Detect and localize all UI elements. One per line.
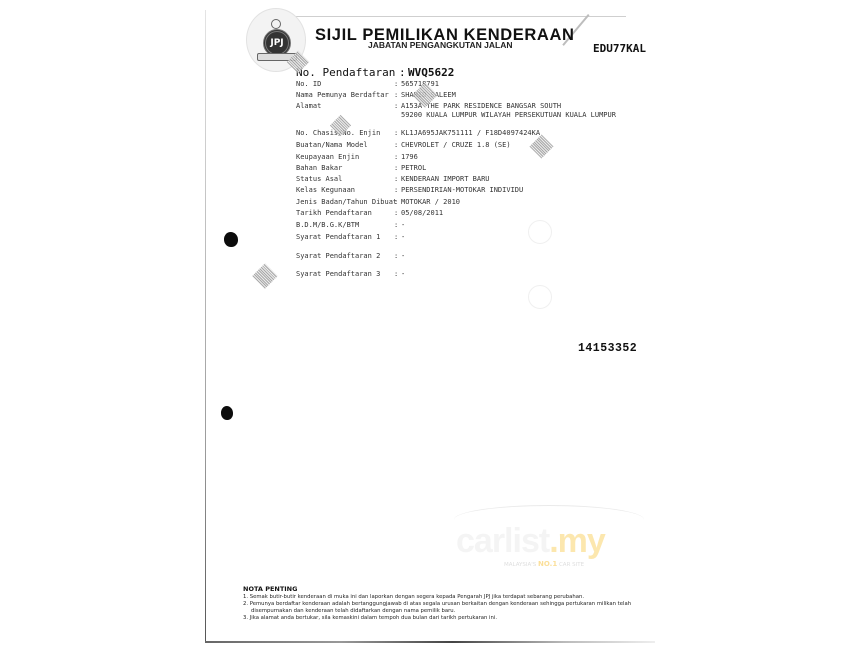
field-label: Tarikh Pendaftaran [296,209,372,217]
field-label: Syarat Pendaftaran 3 [296,270,380,278]
field-label: Status Asal [296,175,342,183]
field-value: - [401,233,405,241]
faint-seal [528,285,552,309]
page-edge [205,10,206,642]
note-item: disempurnakan dan kenderaan telah didaft… [243,608,643,615]
field-value: - [401,252,405,260]
field-value: - [401,270,405,278]
document-subtitle: JABATAN PENGANGKUTAN JALAN [368,40,513,50]
field-label: No. ID [296,80,321,88]
field-value: CHEVROLET / CRUZE 1.8 (SE) [401,141,511,149]
note-item: 3. Jika alamat anda bertukar, sila kemas… [243,615,643,622]
ink-blot [224,232,238,247]
certificate-number: 14153352 [578,342,637,355]
important-notes: NOTA PENTING 1. Semak butir-butir kender… [243,585,643,622]
field-value: 05/08/2011 [401,209,443,217]
field-label: Buatan/Nama Model [296,141,368,149]
field-label: Nama Pemunya Berdaftar [296,91,389,99]
note-item: 2. Pemunya berdaftar kenderaan adalah be… [243,601,643,608]
field-value: 59200 KUALA LUMPUR WILAYAH PERSEKUTUAN K… [401,111,616,119]
field-value: PETROL [401,164,426,172]
field-value: KL1JA695JAK751111 / F18D4097424KA [401,129,540,137]
field-label: Syarat Pendaftaran 2 [296,252,380,260]
notes-title: NOTA PENTING [243,585,643,593]
field-value: MOTOKAR / 2010 [401,198,460,206]
field-value: KENDERAAN IMPORT BARU [401,175,490,183]
note-item: 1. Semak butir-butir kenderaan di muka i… [243,594,643,601]
field-label: Jenis Badan/Tahun Dibuat [296,198,397,206]
field-label: Keupayaan Enjin [296,153,359,161]
field-value: WVQ5622 [408,66,454,79]
field-label: Kelas Kegunaan [296,186,355,194]
field-label: Alamat [296,102,321,110]
carlist-watermark: carlist.my MALAYSIA'S NO.1 CAR SITE [456,522,605,561]
field-label: Bahan Bakar [296,164,342,172]
ink-blot [221,406,233,420]
field-value: - [401,221,405,229]
field-label: Syarat Pendaftaran 1 [296,233,380,241]
page-edge [205,641,655,643]
field-label: No. Pendaftaran [296,66,395,79]
field-value: PERSENDIRIAN-MOTOKAR INDIVIDU [401,186,523,194]
field-value: 1796 [401,153,418,161]
faint-seal [528,220,552,244]
field-label: B.D.M/B.G.K/BTM [296,221,359,229]
serial-code: EDU77KAL [593,42,646,55]
